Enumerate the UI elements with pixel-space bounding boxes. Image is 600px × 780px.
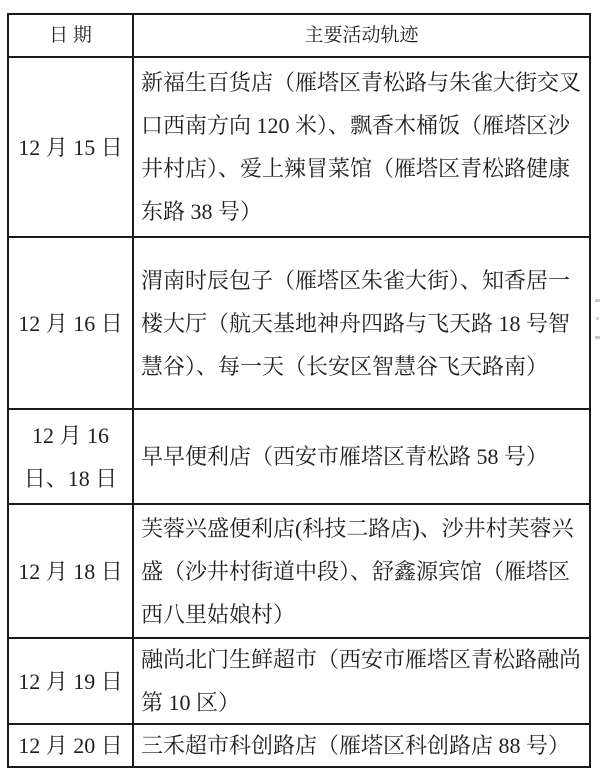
table-row: 12 月 20 日 三禾超市科创路店（雁塔区科创路店 88 号） xyxy=(9,723,589,766)
activity-cell: 融尚北门生鲜超市（西安市雁塔区青松路融尚 第 10 区） xyxy=(134,639,589,723)
scrollbar-dot-icon xyxy=(596,317,599,320)
activity-cell: 新福生百货店（雁塔区青松路与朱雀大街交叉 口西南方向 120 米）、飘香木桶饭（… xyxy=(134,58,589,236)
scrollbar-dash-icon xyxy=(595,336,600,339)
activity-cell: 早早便利店（西安市雁塔区青松路 58 号） xyxy=(134,410,589,503)
date-cell: 12 月 16 日 xyxy=(9,238,134,408)
activity-cell: 渭南时辰包子（雁塔区朱雀大街）、知香居一 楼大厅（航天基地神舟四路与飞天路 18… xyxy=(134,238,589,408)
date-cell: 12 月 19 日 xyxy=(9,639,134,723)
header-cell-date: 日 期 xyxy=(9,15,134,56)
scrollbar-dash-icon xyxy=(595,299,600,302)
table-row: 12 月 16 日 渭南时辰包子（雁塔区朱雀大街）、知香居一 楼大厅（航天基地神… xyxy=(9,236,589,408)
scrollbar-fragment[interactable] xyxy=(595,296,600,342)
activity-trajectory-table: 日 期 主要活动轨迹 12 月 15 日 新福生百货店（雁塔区青松路与朱雀大街交… xyxy=(7,13,591,768)
table-row: 12 月 15 日 新福生百货店（雁塔区青松路与朱雀大街交叉 口西南方向 120… xyxy=(9,56,589,236)
date-cell: 12 月 20 日 xyxy=(9,725,134,766)
date-cell: 12 月 18 日 xyxy=(9,505,134,637)
activity-cell: 芙蓉兴盛便利店(科技二路店)、沙井村芙蓉兴 盛（沙井村街道中段）、舒鑫源宾馆（雁… xyxy=(134,505,589,637)
header-cell-activity: 主要活动轨迹 xyxy=(134,15,589,56)
table-row: 12 月 19 日 融尚北门生鲜超市（西安市雁塔区青松路融尚 第 10 区） xyxy=(9,637,589,723)
table-row: 12 月 18 日 芙蓉兴盛便利店(科技二路店)、沙井村芙蓉兴 盛（沙井村街道中… xyxy=(9,503,589,637)
date-cell: 12 月 16 日、18 日 xyxy=(9,410,134,503)
table-row: 12 月 16 日、18 日 早早便利店（西安市雁塔区青松路 58 号） xyxy=(9,408,589,503)
table-header-row: 日 期 主要活动轨迹 xyxy=(9,15,589,56)
date-cell: 12 月 15 日 xyxy=(9,58,134,236)
activity-cell: 三禾超市科创路店（雁塔区科创路店 88 号） xyxy=(134,725,589,766)
